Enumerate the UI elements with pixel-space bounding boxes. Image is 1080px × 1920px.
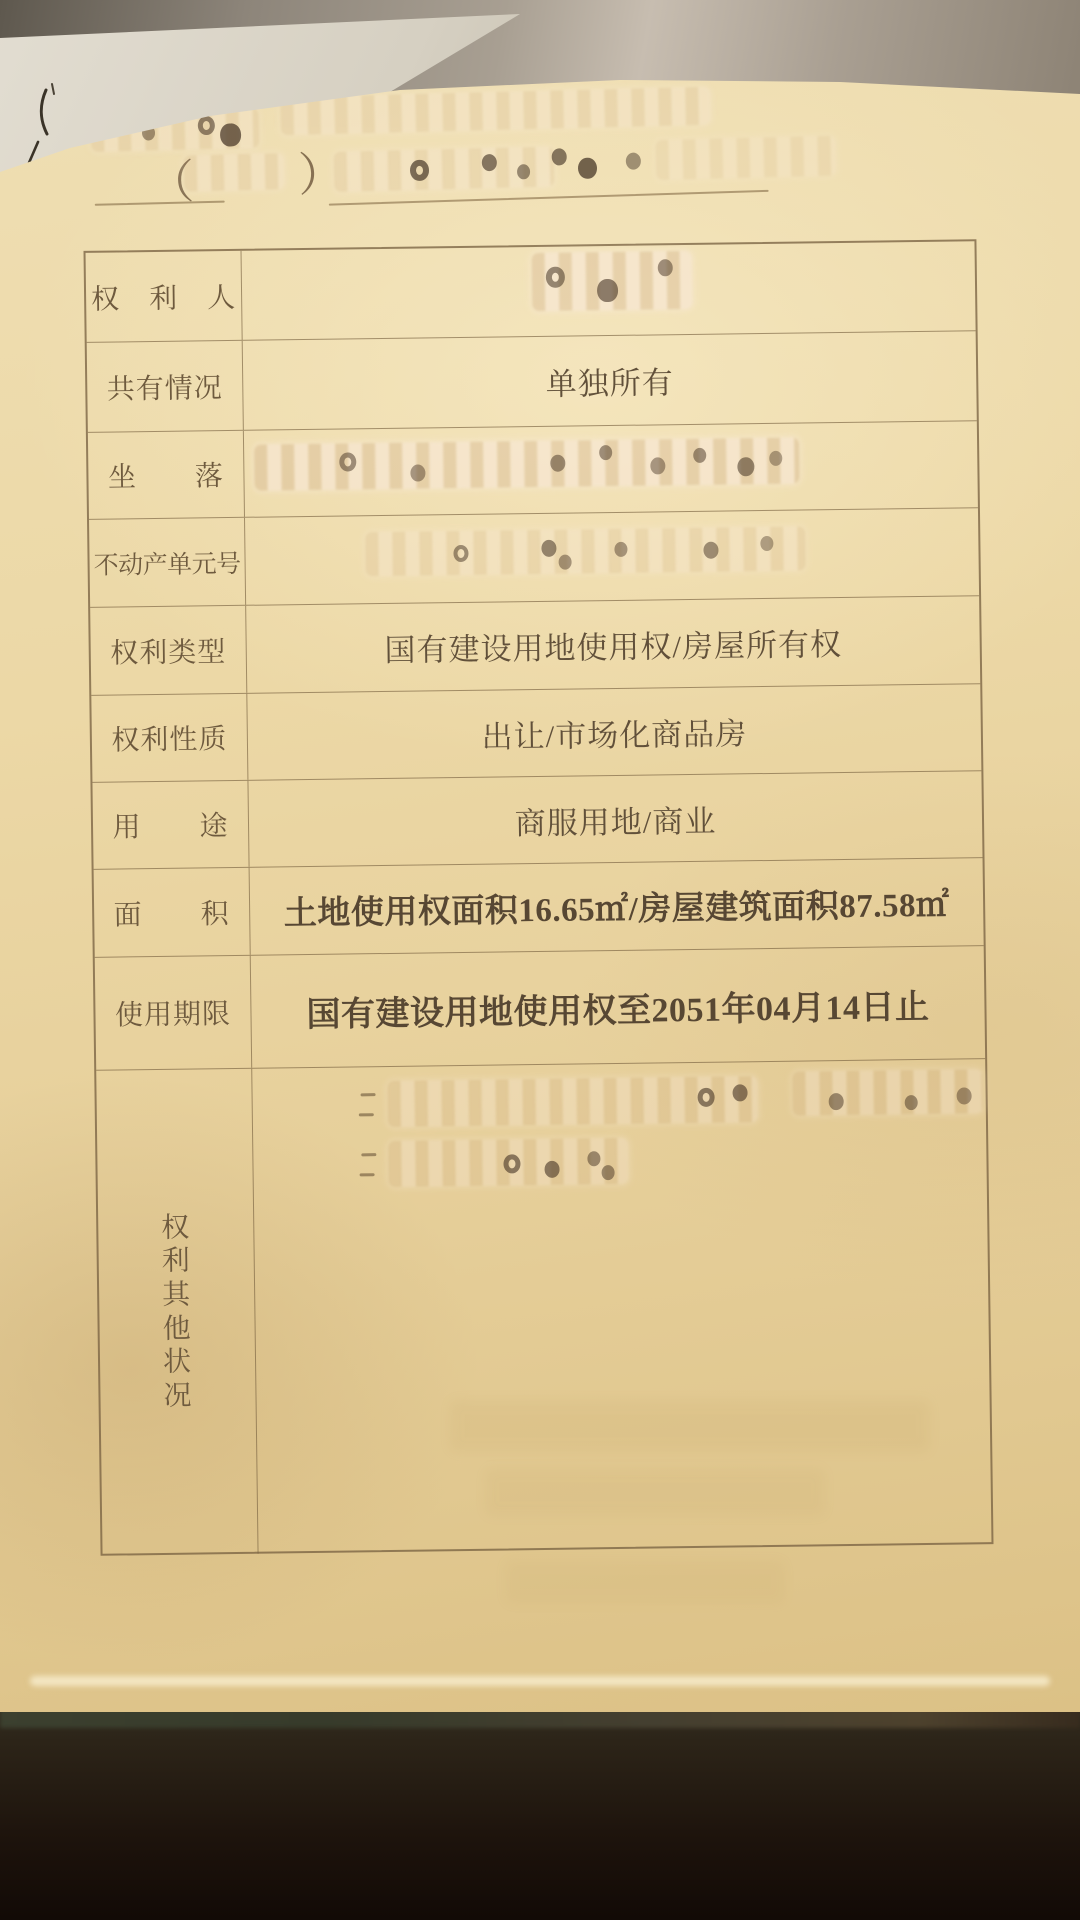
row-value: 商服用地/商业: [248, 771, 982, 867]
bleedthrough-ghost: [450, 1400, 930, 1452]
row-label: 权利类型: [90, 606, 247, 695]
row-value: 出让/市场化商品房: [247, 684, 981, 780]
redacted-header-text: [655, 136, 836, 180]
row-value-redacted: [245, 508, 979, 605]
table-row-ownership: 共有情况 单独所有: [87, 331, 977, 433]
list-numeral-ghost: [360, 1173, 375, 1176]
table-row-location: 坐 落: [88, 421, 978, 520]
underline: [329, 190, 769, 206]
table-row-unit-number: 不动产单元号: [89, 508, 979, 608]
row-value: 国有建设用地使用权至2051年04月14日止: [251, 946, 985, 1068]
row-value: 土地使用权面积16.65㎡/房屋建筑面积87.58㎡: [250, 858, 984, 955]
bleedthrough-ghost: [505, 1560, 785, 1604]
table-row-usage: 用 途 商服用地/商业: [92, 771, 982, 870]
row-label: 共有情况: [87, 341, 244, 432]
page-bottom-edge: [30, 1676, 1050, 1686]
row-label: 使用期限: [95, 956, 252, 1070]
redacted-remark-line: [792, 1069, 983, 1115]
ink-specks: [457, 549, 464, 558]
list-numeral-ghost: [361, 1153, 376, 1156]
certificate-table: 权 利 人 共有情况 单独所有 坐 落 不动产单元号: [83, 239, 993, 1556]
table-row-term: 使用期限 国有建设用地使用权至2051年04月14日止: [95, 946, 985, 1071]
list-numeral-ghost: [359, 1113, 374, 1116]
ink-specks: [703, 1093, 710, 1102]
table-row-rights-type: 权利类型 国有建设用地使用权/房屋所有权: [90, 596, 980, 696]
photo-of-certificate: （ ） 权 利 人 共有情况 单独所有 坐 落: [0, 0, 1080, 1920]
row-label: 面 积: [94, 868, 251, 957]
row-value: 单独所有: [243, 331, 977, 430]
redacted-remark-line: [387, 1076, 758, 1127]
row-label: 权利其他状况: [96, 1069, 258, 1556]
row-value-redacted: [244, 421, 978, 517]
row-label: 用 途: [92, 781, 249, 869]
table-row-rights-holder: 权 利 人: [86, 241, 976, 343]
redacted-year: [184, 153, 285, 191]
row-label: 不动产单元号: [89, 518, 246, 607]
ink-specks: [203, 121, 210, 130]
row-label: 权利性质: [91, 694, 248, 782]
table-row-rights-nature: 权利性质 出让/市场化商品房: [91, 684, 981, 783]
list-numeral-ghost: [361, 1093, 376, 1096]
ink-specks: [416, 166, 423, 175]
row-label: 权 利 人: [86, 251, 243, 342]
certificate-page: （ ） 权 利 人 共有情况 单独所有 坐 落: [0, 0, 1080, 1712]
ink-specks: [344, 457, 351, 466]
redacted-header-text: [334, 147, 555, 192]
vertical-row-label: 权利其他状况: [159, 1211, 196, 1413]
bleedthrough-ghost: [485, 1468, 825, 1516]
redacted-address: [254, 438, 800, 491]
ink-specks: [552, 273, 559, 282]
table-row-area: 面 积 土地使用权面积16.65㎡/房屋建筑面积87.58㎡: [94, 858, 984, 958]
ink-specks: [508, 1159, 515, 1168]
row-value: 国有建设用地使用权/房屋所有权: [246, 596, 980, 693]
row-label: 坐 落: [88, 431, 245, 519]
row-value-redacted: [242, 241, 976, 340]
redacted-unit-number: [365, 526, 806, 576]
